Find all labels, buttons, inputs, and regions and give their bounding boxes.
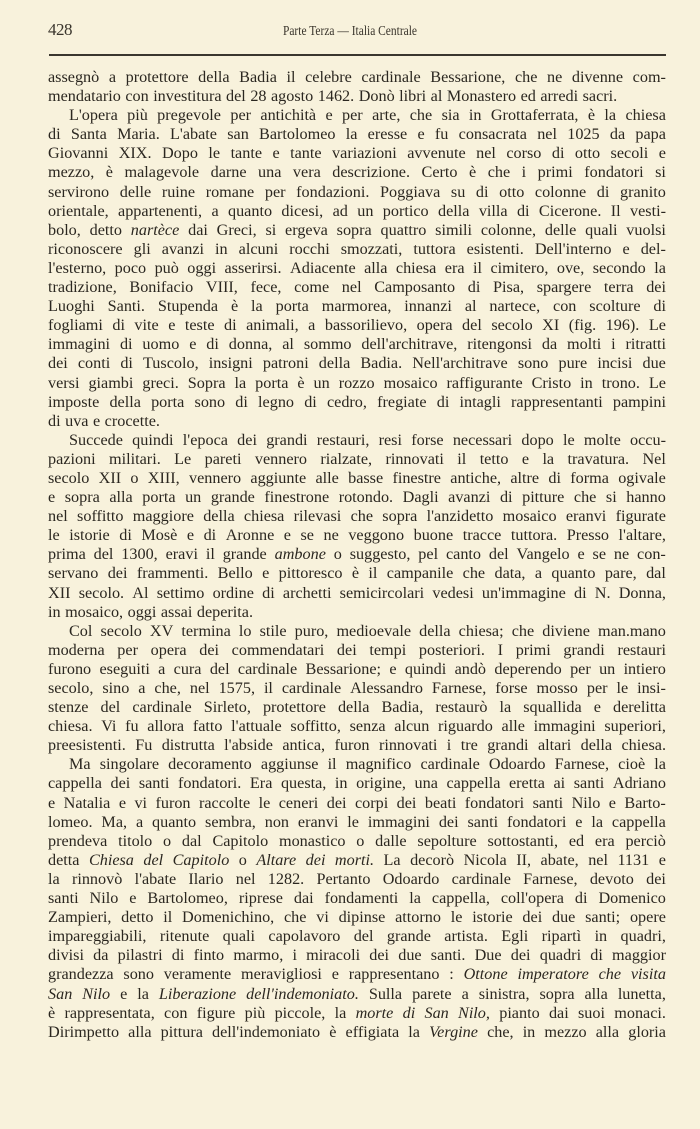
word: deperita.: [197, 603, 253, 622]
word: del: [489, 545, 509, 564]
text-line: Dirimpettoallapitturadell'indemoniatoèef…: [48, 1023, 666, 1042]
word: finestrone: [264, 488, 329, 507]
word: tracce: [463, 526, 502, 545]
text-line: tradizione,BonifacioVIII,fece,comenelCam…: [48, 278, 666, 297]
word: esistenti.: [467, 240, 524, 259]
word: e: [577, 545, 584, 564]
text-line: leistoriediMosèediAronneeseneveggonobuon…: [48, 526, 666, 545]
word: è: [48, 1004, 55, 1023]
word: pampini: [613, 393, 666, 412]
word: i: [447, 736, 452, 755]
word: cardinale: [420, 755, 479, 774]
word: :: [449, 965, 454, 984]
word: del: [462, 316, 482, 335]
word: Bartolomeo: [259, 125, 335, 144]
word: parete: [412, 985, 452, 1004]
word: Vi: [101, 717, 116, 736]
word: smozzati,: [341, 240, 403, 259]
word: in: [215, 240, 228, 259]
word: Le: [649, 316, 666, 335]
text-line: L'operapiùpregevoleperantichitàeperarte,…: [48, 106, 666, 125]
word: imposte: [48, 393, 99, 412]
word: antichità: [260, 106, 316, 125]
word: a: [308, 316, 315, 335]
word: militari.: [109, 450, 161, 469]
word: del: [101, 698, 121, 717]
word: sepolture: [417, 832, 476, 851]
word: la: [346, 125, 358, 144]
word: la: [591, 813, 603, 832]
word: protettore: [126, 68, 189, 87]
text-line: LuoghiSanti.Stupendaèlaportamarmorea,inn…: [48, 297, 666, 316]
word: più: [127, 106, 148, 125]
word: questa,: [281, 774, 326, 793]
word: rozzo: [339, 374, 375, 393]
word: L'opera: [69, 106, 118, 125]
word: la: [542, 450, 554, 469]
word: furono: [48, 660, 91, 679]
word: arredi: [540, 87, 578, 106]
word: e: [262, 564, 269, 583]
word: aggiunte: [250, 469, 306, 488]
word: singolare: [100, 755, 159, 774]
word: dei: [646, 278, 666, 297]
text-line: chiesa.Vifuallorafattol'attualesoffitto,…: [48, 717, 666, 736]
word: i: [292, 946, 297, 965]
text-line: Zampieri,dettoilDomenichino,chevidipinse…: [48, 908, 666, 927]
word: consacrata: [459, 125, 527, 144]
word: vennero: [255, 450, 307, 469]
word: L'abate: [170, 125, 217, 144]
italic-word: San: [424, 1004, 448, 1023]
word: un: [185, 488, 201, 507]
word: chiesa: [396, 259, 436, 278]
word: artista.: [444, 927, 488, 946]
italic-word: di: [403, 1004, 416, 1023]
word: molti: [567, 335, 601, 354]
word: Farnese,: [432, 679, 486, 698]
word: 196).: [606, 316, 640, 335]
word: Ma: [69, 755, 91, 774]
word: vuolsi: [626, 221, 666, 240]
word: romane: [206, 183, 255, 202]
word: dicesi,: [281, 202, 323, 221]
word: celebre: [305, 68, 352, 87]
word: avanzi: [162, 240, 204, 259]
word: santi: [139, 774, 170, 793]
word: occu-: [630, 431, 666, 450]
text-line: SanNiloelaLiberazionedell'indemoniato.Su…: [48, 985, 666, 1004]
word: della: [419, 622, 450, 641]
word: chiesa.: [622, 736, 667, 755]
word: e: [129, 889, 136, 908]
word: cappella,: [432, 889, 490, 908]
word: che: [351, 507, 373, 526]
word: e: [48, 488, 55, 507]
word: Cristo: [532, 374, 572, 393]
word: divenne: [572, 68, 623, 87]
word: Le: [174, 450, 191, 469]
word: secolo: [491, 316, 532, 335]
word: descrizione.: [332, 163, 410, 182]
word: della: [203, 507, 234, 526]
word: dei: [237, 431, 257, 450]
word: cardinale: [282, 679, 341, 698]
word: 1131: [617, 851, 649, 870]
word: per: [117, 641, 138, 660]
word: porta: [151, 393, 184, 412]
word: otto: [499, 183, 524, 202]
word: o: [239, 851, 247, 870]
word: che: [512, 622, 534, 641]
word: le: [259, 794, 271, 813]
word: sacri.: [583, 87, 618, 106]
word: del: [354, 927, 374, 946]
word: cedro,: [327, 393, 367, 412]
text-line: preesistenti.Fudistruttal'absideantica,f…: [48, 736, 666, 755]
word: quanto: [152, 813, 196, 832]
word: il: [163, 908, 172, 927]
word: (fig.: [569, 316, 596, 335]
word: o: [356, 832, 364, 851]
word: Al: [132, 584, 148, 603]
text-line: XIIsecolo.Alsettimoordinediarchettisemic…: [48, 584, 666, 603]
word: Odoardo: [383, 870, 440, 889]
word: l'abside: [224, 736, 273, 755]
word: Monastero: [447, 87, 516, 106]
text-line: versigiambigreci.Sopralaportaèunrozzomos…: [48, 374, 666, 393]
word: rappresentano: [349, 965, 440, 984]
word: monaci.: [614, 1004, 666, 1023]
word: l'anzidetto: [427, 507, 494, 526]
word: dei: [110, 774, 130, 793]
word: simili: [435, 221, 472, 240]
word: che: [515, 68, 537, 87]
text-line: secoloXIIoXIII,venneroaggiunteallebassef…: [48, 469, 666, 488]
word: le: [48, 526, 60, 545]
word: innanzi: [404, 297, 452, 316]
word: primi: [516, 641, 551, 660]
italic-word: dei: [306, 851, 326, 870]
word: XV: [150, 622, 173, 641]
word: vite: [134, 316, 158, 335]
word: e: [575, 813, 582, 832]
word: terra: [604, 278, 634, 297]
word: allora: [147, 717, 184, 736]
word: cura: [174, 660, 202, 679]
word: tetto: [480, 450, 509, 469]
word: agosto: [271, 87, 313, 106]
word: e: [622, 240, 629, 259]
word: maggiore: [133, 507, 194, 526]
text-line: pazionimilitari.Leparetivennerorialzate,…: [48, 450, 666, 469]
word: Badia.: [360, 354, 402, 373]
word: com-: [633, 68, 666, 87]
word: travatura.: [568, 450, 630, 469]
word: Natalia: [64, 794, 111, 813]
word: Dopo: [162, 144, 198, 163]
word: delle: [120, 183, 151, 202]
word: ergeva: [285, 221, 328, 240]
word: forse: [411, 431, 443, 450]
word: Nilo: [572, 794, 601, 813]
word: Santa: [71, 125, 107, 144]
word: Donò: [359, 87, 395, 106]
word: 1025: [567, 125, 599, 144]
word: tante: [231, 144, 262, 163]
word: Poggiava: [380, 183, 440, 202]
word: santi: [468, 813, 499, 832]
word: moderna: [48, 641, 105, 660]
text-line: mezzo,èmalagevoledarneunaveradescrizione…: [48, 163, 666, 182]
word: in: [48, 603, 61, 622]
body-text: assegnòaprotettoredellaBadiailcelebrecar…: [48, 68, 666, 1042]
word: con: [164, 1004, 187, 1023]
word: fondatori: [507, 813, 566, 832]
word: suggesto,: [350, 545, 411, 564]
italic-word: morte: [356, 1004, 394, 1023]
word: hanno: [626, 488, 666, 507]
word: cimitero,: [490, 259, 548, 278]
word: alcuni: [239, 240, 279, 259]
word: termina: [181, 622, 230, 641]
word: dai: [549, 1004, 569, 1023]
word: Sulla: [369, 985, 402, 1004]
word: tuttora.: [511, 526, 557, 545]
word: Santi.: [108, 297, 145, 316]
word: nel: [342, 278, 362, 297]
word: intiero: [624, 660, 666, 679]
word: alle: [315, 469, 338, 488]
word: il: [457, 450, 466, 469]
word: chiesa.: [48, 717, 93, 736]
word: andò: [455, 660, 486, 679]
word: Mosè: [141, 526, 177, 545]
word: Grottaferrata,: [491, 106, 579, 125]
word: Col: [69, 622, 92, 641]
word: titolo: [118, 832, 152, 851]
word: di: [262, 584, 275, 603]
word: di: [468, 278, 481, 297]
word: crocette.: [105, 412, 160, 431]
word: o: [163, 832, 171, 851]
word: pitture: [522, 488, 564, 507]
word: ripartì: [542, 927, 582, 946]
word: porta: [142, 488, 175, 507]
word: impareggiabili,: [48, 927, 146, 946]
word: dei: [337, 641, 357, 660]
word: santi: [48, 889, 79, 908]
word: insigni: [209, 354, 253, 373]
word: su: [451, 183, 465, 202]
word: ad: [333, 202, 348, 221]
word: monastico: [279, 832, 346, 851]
word: Giovanni: [48, 144, 108, 163]
word: ritenute: [160, 927, 209, 946]
italic-word: Nilo: [82, 985, 110, 1004]
word: cappella: [48, 774, 102, 793]
word: Capitolo: [212, 832, 268, 851]
word: 1575,: [219, 679, 255, 698]
word: Ilario: [188, 870, 223, 889]
word: ne: [324, 526, 339, 545]
word: soffitto: [77, 507, 123, 526]
word: Domenichino,: [182, 908, 274, 927]
word: restauri,: [317, 431, 370, 450]
word: cappella: [612, 813, 666, 832]
word: quindi: [132, 431, 173, 450]
word: Nilo: [90, 889, 119, 908]
word: sono: [123, 965, 154, 984]
word: squallida: [523, 698, 581, 717]
word: XII: [48, 584, 70, 603]
word: Certo: [422, 163, 458, 182]
word: Fu: [135, 736, 152, 755]
word: XII: [99, 469, 121, 488]
word: un'immagine: [482, 584, 566, 603]
word: le: [563, 431, 575, 450]
word: Zampieri,: [48, 908, 111, 927]
word: Nicola: [464, 851, 507, 870]
word: rocchi: [289, 240, 329, 259]
word: 1300,: [121, 545, 157, 564]
word: Ma,: [101, 813, 127, 832]
word: donna,: [229, 335, 273, 354]
word: avanzi: [448, 488, 490, 507]
word: e: [272, 144, 279, 163]
text-line: immaginidiuomoedidonna,alsommodell'archi…: [48, 335, 666, 354]
word: immagini: [48, 335, 110, 354]
word: Il: [611, 202, 621, 221]
word: Le: [649, 374, 666, 393]
italic-word: visita: [631, 965, 666, 984]
word: mosaico: [503, 507, 557, 526]
word: ogivale: [618, 469, 666, 488]
word: sottostanti,: [488, 832, 559, 851]
word: di: [48, 412, 61, 431]
word: assai: [161, 603, 192, 622]
word: che,: [487, 1023, 514, 1042]
word: vedesi: [432, 584, 473, 603]
italic-word: Nilo,: [458, 1004, 490, 1023]
word: molte: [584, 431, 621, 450]
word: altre: [510, 469, 539, 488]
word: di: [437, 393, 450, 412]
word: e: [120, 985, 127, 1004]
word: VIII,: [206, 278, 238, 297]
word: stile: [260, 622, 287, 641]
word: servirono: [48, 183, 109, 202]
word: tempi: [369, 641, 406, 660]
word: semicircolari: [340, 584, 425, 603]
word: a: [211, 202, 218, 221]
word: Odoardo: [489, 755, 546, 774]
word: marmo,: [233, 946, 283, 965]
word: della: [581, 736, 612, 755]
word: una: [415, 774, 438, 793]
italic-word: Liberazione: [159, 985, 236, 1004]
word: di: [590, 946, 603, 965]
word: Adiacente: [290, 259, 356, 278]
word: II,: [516, 851, 531, 870]
text-line: dettaChiesadelCapitolooAltaredeimorti.La…: [48, 851, 666, 870]
word: dei: [108, 564, 128, 583]
word: chiesa;: [459, 622, 504, 641]
word: oggi: [187, 259, 216, 278]
word: in: [580, 374, 593, 393]
word: darne: [211, 163, 247, 182]
word: corpi: [355, 794, 388, 813]
word: di: [172, 946, 185, 965]
text-line: l'esterno,pocopuòoggiasserirsi.Adiacente…: [48, 259, 666, 278]
word: marmorea,: [322, 297, 392, 316]
word: frammenti.: [137, 564, 208, 583]
word: in: [469, 106, 482, 125]
word: chiesa: [625, 106, 665, 125]
word: eseguiti: [99, 660, 149, 679]
word: magnifico: [346, 755, 412, 774]
word: nartece,: [489, 297, 540, 316]
word: con: [125, 87, 148, 106]
word: quanto: [228, 202, 272, 221]
word: un: [314, 374, 330, 393]
word: due: [552, 908, 575, 927]
word: conti: [78, 354, 110, 373]
italic-word: ambone: [275, 545, 326, 564]
word: Nel: [642, 450, 665, 469]
word: di: [224, 316, 237, 335]
word: Succede: [69, 431, 123, 450]
word: servano: [48, 564, 98, 583]
word: che: [463, 564, 485, 583]
word: Adriano: [613, 774, 666, 793]
text-line: inmosaico,oggiassaideperita.: [48, 603, 666, 622]
word: mosaico: [384, 374, 438, 393]
word: dei: [199, 641, 219, 660]
word: alla: [584, 985, 607, 1004]
word: in: [523, 1023, 536, 1042]
word: ordine: [213, 584, 254, 603]
word: vera: [293, 163, 321, 182]
word: nel: [588, 851, 608, 870]
word: l'attuale: [231, 717, 282, 736]
word: buone: [414, 526, 454, 545]
word: Camposanto: [374, 278, 455, 297]
word: l'epoca: [183, 431, 228, 450]
word: che,: [154, 679, 181, 698]
word: dopo: [521, 431, 553, 450]
text-line: esopraallaportaungrandefinestronerotondo…: [48, 488, 666, 507]
word: colonne,: [481, 221, 536, 240]
word: del-: [641, 240, 666, 259]
word: lunetta,: [618, 985, 666, 1004]
word: rappresentata,: [64, 1004, 154, 1023]
text-line: orientale,appartenenti,aquantodicesi,adu…: [48, 202, 666, 221]
word: fondazioni.: [296, 183, 369, 202]
word: portico: [383, 202, 429, 221]
word: è: [329, 1023, 336, 1042]
word: altari: [538, 736, 571, 755]
word: il: [473, 259, 482, 278]
text-line: servironodelleruineromaneperfondazioni.P…: [48, 183, 666, 202]
word: dei: [369, 946, 389, 965]
italic-word: imperatore: [517, 965, 588, 984]
italic-word: morti.: [335, 851, 374, 870]
word: rinnovati: [385, 450, 443, 469]
word: uomo: [142, 335, 179, 354]
word: cardinale: [238, 660, 297, 679]
word: secolo,: [48, 679, 93, 698]
